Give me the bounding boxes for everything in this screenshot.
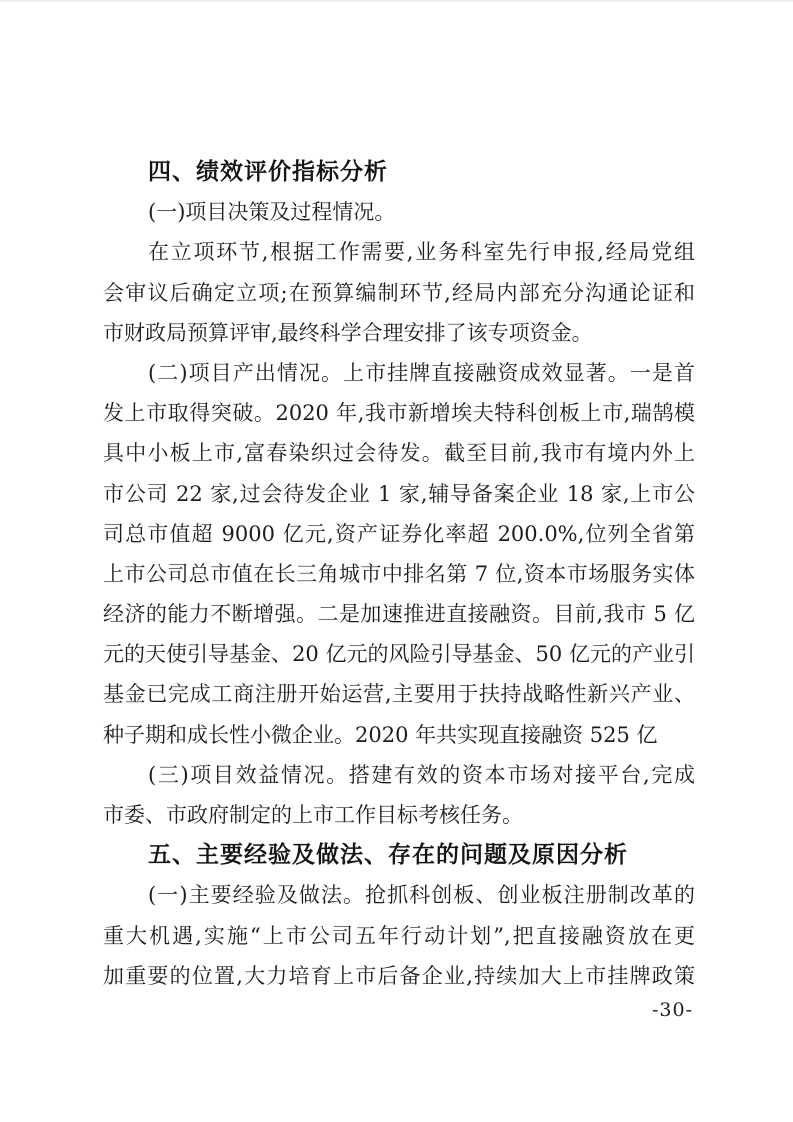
text-line: 基金已完成工商注册开始运营,主要用于扶持战略性新兴产业、 <box>103 674 695 714</box>
section-heading: 五、主要经验及做法、存在的问题及原因分析 <box>103 835 695 875</box>
text-line: 种子期和成长性小微企业。2020 年共实现直接融资 525 亿元。 <box>103 715 695 755</box>
document-page: 四、绩效评价指标分析(一)项目决策及过程情况。在立项环节,根据工作需要,业务科室… <box>0 0 793 1122</box>
text-line: 市委、市政府制定的上市工作目标考核任务。 <box>103 795 695 835</box>
text-line: 经济的能力不断增强。二是加速推进直接融资。目前,我市 5 亿 <box>103 594 695 634</box>
text-line: 具中小板上市,富春染织过会待发。截至目前,我市有境内外上 <box>103 433 695 473</box>
text-line: (一)主要经验及做法。抢抓科创板、创业板注册制改革的 <box>103 875 695 915</box>
document-body: 四、绩效评价指标分析(一)项目决策及过程情况。在立项环节,根据工作需要,业务科室… <box>103 152 695 996</box>
page-number: -30- <box>652 999 693 1021</box>
text-line: 市财政局预算评审,最终科学合理安排了该专项资金。 <box>103 313 695 353</box>
text-line: (三)项目效益情况。搭建有效的资本市场对接平台,完成 <box>103 755 695 795</box>
text-line: 元的天使引导基金、20 亿元的风险引导基金、50 亿元的产业引导 <box>103 634 695 674</box>
text-line: (二)项目产出情况。上市挂牌直接融资成效显著。一是首 <box>103 353 695 393</box>
text-line: (一)项目决策及过程情况。 <box>103 192 695 232</box>
text-line: 上市公司总市值在长三角城市中排名第 7 位,资本市场服务实体 <box>103 554 695 594</box>
text-line: 司总市值超 9000 亿元,资产证券化率超 200.0%,位列全省第 1, <box>103 514 695 554</box>
section-heading: 四、绩效评价指标分析 <box>103 152 695 192</box>
text-line: 加重要的位置,大力培育上市后备企业,持续加大上市挂牌政策 <box>103 956 695 996</box>
text-line: 会审议后确定立项;在预算编制环节,经局内部充分沟通论证和 <box>103 273 695 313</box>
text-line: 市公司 22 家,过会待发企业 1 家,辅导备案企业 18 家,上市公 <box>103 474 695 514</box>
text-line: 重大机遇,实施“上市公司五年行动计划”,把直接融资放在更 <box>103 916 695 956</box>
text-line: 在立项环节,根据工作需要,业务科室先行申报,经局党组 <box>103 232 695 272</box>
text-line: 发上市取得突破。2020 年,我市新增埃夫特科创板上市,瑞鹄模 <box>103 393 695 433</box>
